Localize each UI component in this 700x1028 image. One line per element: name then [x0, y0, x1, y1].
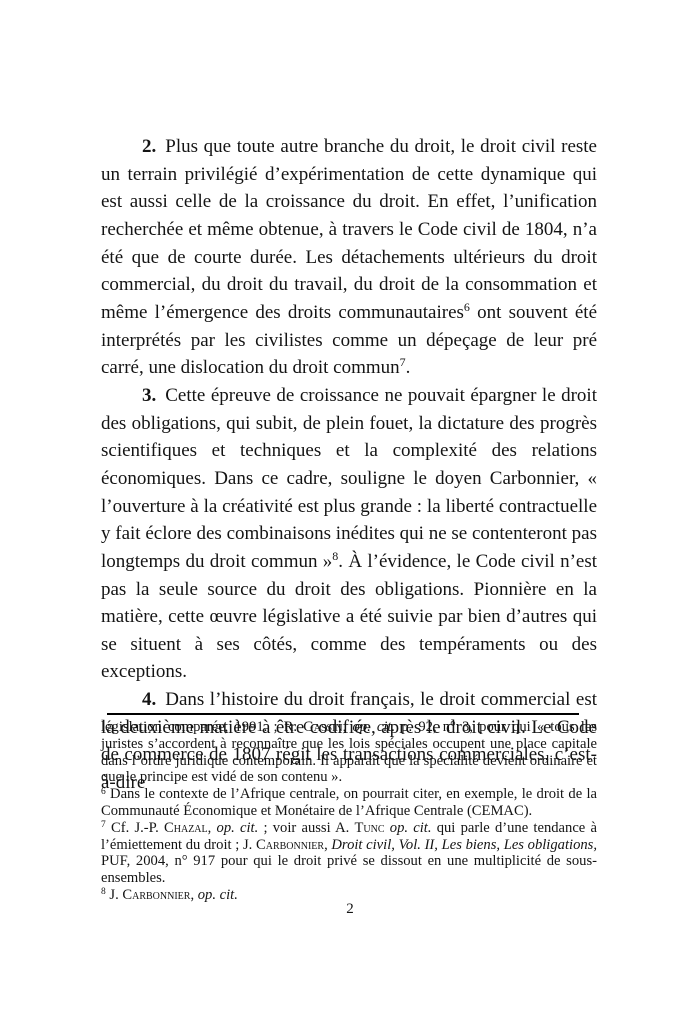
- footnote-text: ; voir aussi A.: [258, 820, 354, 836]
- footnote-text: Cf. J.-P.: [106, 820, 164, 836]
- author-name-smallcaps: Carbonnier: [256, 837, 324, 853]
- footnote-6: 6 Dans le contexte de l’Afrique centrale…: [101, 786, 597, 820]
- paragraph-2: 2.Plus que toute autre branche du droit,…: [101, 133, 597, 382]
- footnotes-section: législation comparée, 1991. ; R. Gassin,…: [101, 713, 597, 904]
- footnote-ref-6: 6: [464, 300, 470, 314]
- author-name-smallcaps: Tunc: [355, 820, 385, 836]
- book-title-italic: Droit civil, Vol. II, Les biens, Les obl…: [331, 837, 597, 853]
- footnote-5-continuation: législation comparée, 1991. ; R. Gassin,…: [101, 719, 597, 786]
- author-name-smallcaps: Gassin: [303, 719, 342, 735]
- footnote-text: ,: [343, 719, 353, 735]
- author-name-smallcaps: Chazal: [164, 820, 208, 836]
- footnote-6-marker: 6: [101, 787, 106, 797]
- footnote-7: 7 Cf. J.-P. Chazal, op. cit. ; voir auss…: [101, 820, 597, 887]
- footnote-ref-8: 8: [332, 549, 338, 563]
- paragraph-3: 3.Cette épreuve de croissance ne pouvait…: [101, 382, 597, 686]
- document-page: 2.Plus que toute autre branche du droit,…: [0, 0, 700, 1028]
- page-number: 2: [0, 900, 700, 918]
- footnote-separator-rule: [107, 713, 579, 715]
- footnote-8-marker: 8: [101, 887, 106, 897]
- footnote-ref-7: 7: [400, 355, 406, 369]
- paragraph-3-number: 3.: [142, 385, 156, 406]
- citation-italic: op. cit.: [352, 719, 395, 735]
- paragraph-2-number: 2.: [142, 136, 156, 157]
- main-text-block: 2.Plus que toute autre branche du droit,…: [101, 133, 597, 797]
- footnote-text: ,: [208, 820, 217, 836]
- footnote-text: législation comparée, 1991. ; R.: [101, 719, 303, 735]
- paragraph-2-text: .: [406, 357, 411, 378]
- footnote-text: Dans le contexte de l’Afrique centrale, …: [101, 786, 597, 819]
- paragraph-2-text: Plus que toute autre branche du droit, l…: [101, 136, 597, 323]
- footnote-7-marker: 7: [101, 820, 106, 830]
- citation-italic: op. cit.: [217, 820, 259, 836]
- paragraph-3-text: Cette épreuve de croissance ne pouvait é…: [101, 385, 597, 572]
- paragraph-4-number: 4.: [142, 689, 156, 710]
- citation-italic: op. cit.: [390, 820, 432, 836]
- footnote-text: PUF, 2004, n° 917 pour qui le droit priv…: [101, 853, 597, 886]
